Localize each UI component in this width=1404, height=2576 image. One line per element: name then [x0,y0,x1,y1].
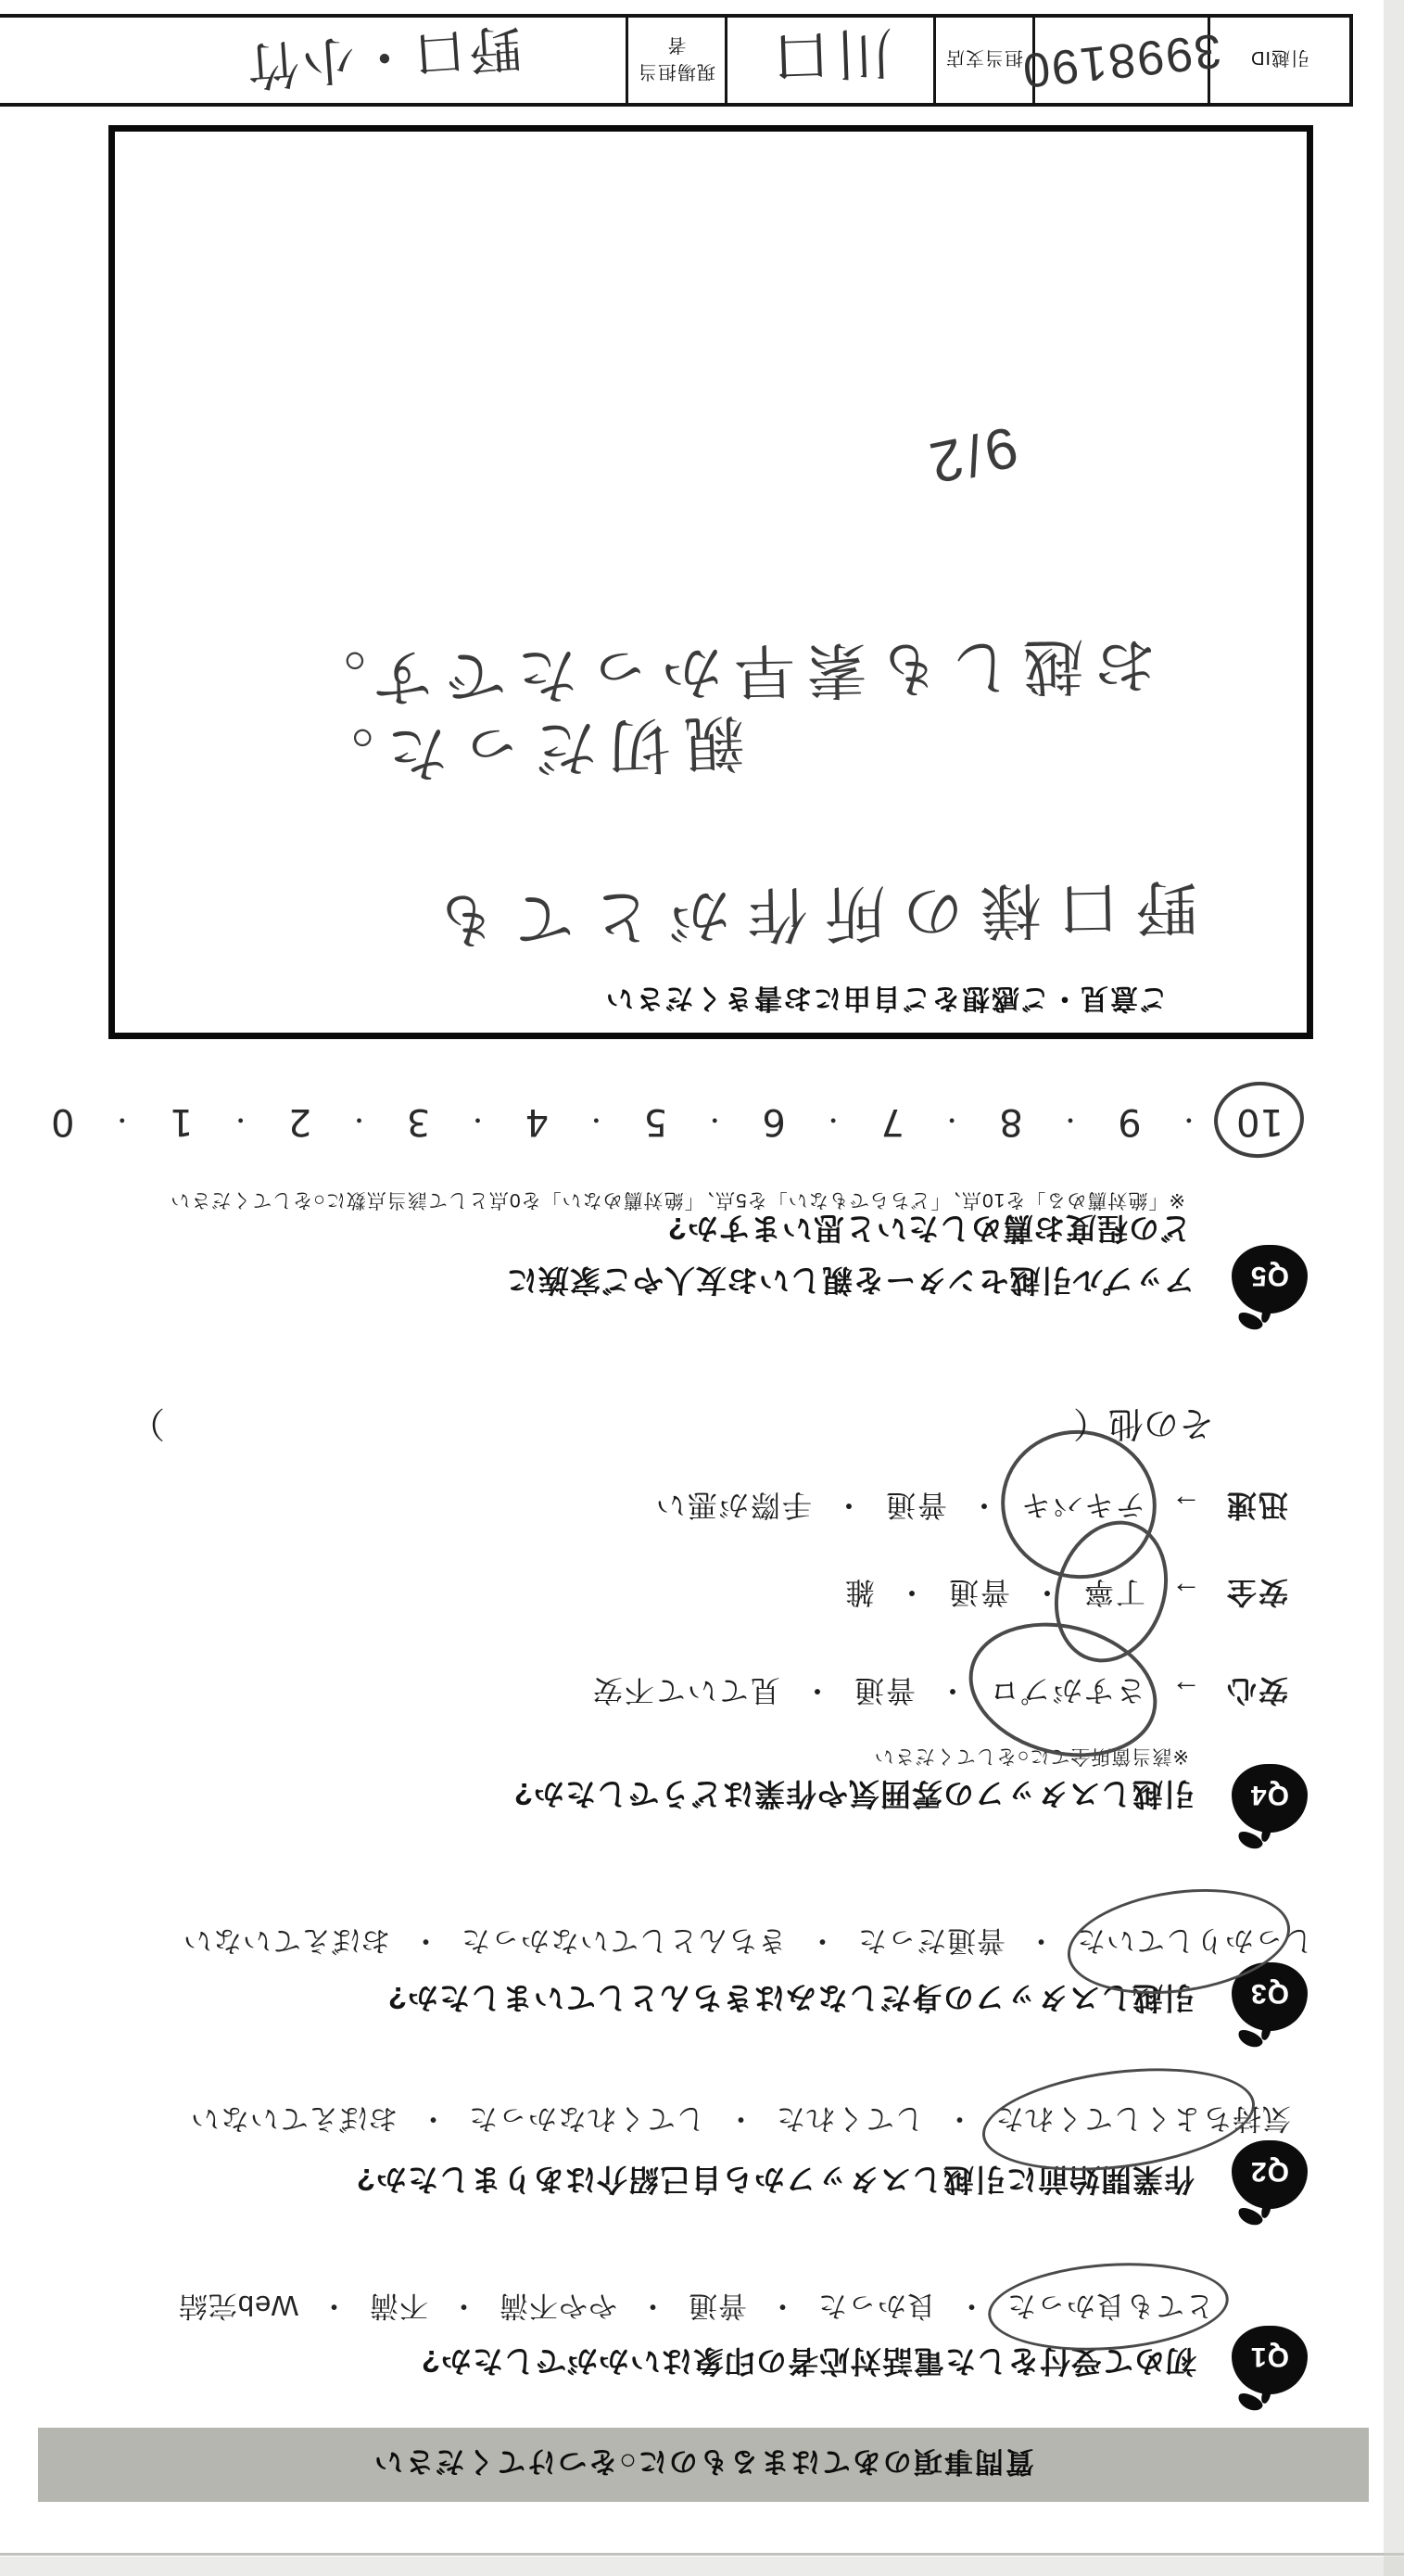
scale-value: 8 [999,1100,1022,1143]
staff-label-cell: 現場担当者 [628,18,727,103]
branch-label: 担当支店 [945,47,1023,74]
q5-note: ※「絶対薦める」を10点、「どちらでもない」を5点、「絶対薦めない」を0点として… [170,1187,1185,1215]
q3-title: 引越しスタッフの身だしなみはきちんとしていましたか? [387,1978,1195,2022]
q2-option-circled: 気持ちよくしてくれた [994,2100,1291,2142]
q2-title: 作業開始前に引越しスタッフから自己紹介はありましたか? [356,2160,1195,2203]
q4-row-label: 安全 [1225,1576,1288,1609]
q1-option: 不満 [369,2290,428,2322]
q4-option-circled: さすがプロ [988,1671,1145,1714]
scale-separator: ・ [229,1105,253,1139]
q1-option: やや不満 [499,2290,617,2322]
q4-row-label: 迅速 [1225,1489,1288,1522]
q3-option: きちんとしていなかった [461,1924,787,1957]
apple-leaf-icon [1235,2205,1265,2229]
q4-option: 見ていて不安 [591,1674,780,1707]
arrow-icon: → [1170,1674,1201,1707]
q1-option: 良かった [817,2290,936,2322]
scale-separator: ・ [702,1105,727,1139]
q4-option: 普通 [853,1674,916,1707]
comment-box: ご意見・ご感想をご自由にお書きください 野口様の所作がとても 親切だった。 お越… [108,125,1313,1039]
q1-icon-label: Q1 [1232,2341,1308,2372]
q2-icon-label: Q2 [1232,2155,1308,2187]
option-separator: ・ [449,2290,478,2322]
scale-value: 6 [762,1100,785,1143]
scale-separator: ・ [465,1105,489,1139]
q4-row-anzen: 安全→丁寧・普通・雑 [843,1573,1288,1616]
q5-title-line2: どの程度お薦めしたいと思いますか? [667,1209,1191,1252]
handwritten-comment-line1: 野口様の所作がとても [418,869,1198,971]
q5-title-line1: アップル引越センターを親しいお友人やご家族に [506,1261,1195,1304]
staff-handwritten-value: 野口・小竹 [242,14,525,108]
move-id-handwritten-value: 3998190 [1018,22,1224,98]
staff-label: 現場担当者 [628,33,725,87]
scan-page-edge-line [0,2553,1404,2556]
scale-value-10-circled: 10 [1236,1100,1284,1143]
q4-icon-label: Q4 [1232,1779,1308,1810]
q4-row-label: 安心 [1225,1674,1288,1707]
q4-apple-icon: Q4 [1232,1764,1308,1846]
scale-value: 9 [1118,1100,1141,1143]
q4-other-close: ） [130,1403,165,1442]
q4-option-circled: テキパキ [1019,1486,1145,1529]
scan-edge-shadow-bottom [0,2557,1404,2576]
option-separator: ・ [895,1576,927,1609]
scale-separator: ・ [1058,1105,1082,1139]
q2-options: 気持ちよくしてくれた・してくれた・してくれなかった・おぼえていない [190,2100,1291,2142]
arrow-icon: → [1170,1576,1201,1609]
q5-apple-icon: Q5 [1232,1245,1308,1326]
staff-value-cell: 野口・小竹 [0,18,628,103]
q3-option: おぼえていない [183,1924,390,1957]
option-separator: ・ [801,1674,832,1707]
option-separator: ・ [956,2290,986,2322]
scale-value: 2 [288,1100,311,1143]
option-separator: ・ [411,1924,440,1957]
q4-option: 普通 [884,1489,947,1522]
branch-value-cell: 川口 [727,18,936,103]
move-id-value-cell: 3998190 [1035,18,1210,103]
scale-value: 5 [644,1100,667,1143]
option-separator: ・ [638,2290,667,2322]
q4-option: 手際が悪い [654,1489,812,1522]
q4-other-label: その他（ [1073,1403,1214,1442]
scale-value: 4 [525,1100,549,1143]
option-separator: ・ [726,2102,755,2135]
q2-option: おぼえていない [190,2102,398,2135]
scan-edge-shadow-right [1384,0,1404,2576]
option-separator: ・ [418,2102,448,2135]
q1-title: 初めて受付をした電話対応者の印象はいかがでしたか? [421,2341,1196,2385]
scale-separator: ・ [348,1105,372,1139]
q2-option: してくれた [776,2102,924,2135]
q4-other-field: その他（） [130,1402,1214,1453]
scale-value: 0 [51,1100,74,1143]
arrow-icon: → [1170,1489,1201,1522]
q5-icon-label: Q5 [1232,1260,1308,1291]
handwritten-comment-line3: お越しも素早かったです。 [294,626,1157,729]
option-separator: ・ [319,2290,348,2322]
option-separator: ・ [944,2102,974,2135]
q4-note: ※該当箇所全てに○をしてください [874,1744,1189,1771]
q2-apple-icon: Q2 [1232,2140,1308,2222]
comment-heading: ご意見・ご感想をご自由にお書きください [604,981,1168,1022]
handwritten-date-mark: 9/2 [920,413,1023,497]
q4-option: 普通 [947,1576,1010,1609]
q2-option: してくれなかった [468,2102,705,2135]
nps-scale: 10 ・ 9 ・ 8 ・ 7 ・ 6 ・ 5 ・ 4 ・ 3 ・ 2 ・ 1 ・… [51,1100,1284,1143]
q4-option-circled: 丁寧 [1082,1573,1145,1616]
q3-option: 普通だった [857,1924,1006,1957]
apple-leaf-icon [1235,2027,1265,2051]
move-id-table: 引越ID 3998190 担当支店 川口 現場担当者 野口・小竹 [0,14,1353,107]
move-id-label-cell: 引越ID [1210,18,1349,103]
q3-icon-label: Q3 [1232,1977,1308,2009]
q1-options: とても良かった・良かった・普通・やや不満・不満・Web完結 [178,2288,1214,2329]
option-separator: ・ [936,1674,968,1707]
apple-leaf-icon [1235,2391,1265,2415]
scale-value: 7 [880,1100,904,1143]
q4-title: 引越しスタッフの雰囲気や作業はどうでしたか? [513,1774,1195,1818]
option-separator: ・ [767,2290,797,2322]
q1-option: Web完結 [178,2290,298,2322]
branch-handwritten-value: 川口 [765,17,894,104]
scale-value: 3 [407,1100,430,1143]
scale-value: 1 [170,1100,193,1143]
move-id-label: 引越ID [1250,47,1309,74]
q1-option: 普通 [688,2290,747,2322]
q3-option-circled: しっかりしていた [1076,1922,1313,1964]
q3-options: しっかりしていた・普通だった・きちんとしていなかった・おぼえていない [183,1922,1313,1964]
q4-row-jinsoku: 迅速→テキパキ・普通・手際が悪い [654,1486,1288,1529]
questionnaire-instruction-bar: 質問事項のあてはまるものに○をつけてください [38,2428,1369,2502]
scale-separator: ・ [1177,1105,1201,1139]
option-separator: ・ [807,1924,837,1957]
option-separator: ・ [968,1489,999,1522]
apple-leaf-icon [1235,1829,1265,1853]
scanned-survey-sheet: 質問事項のあてはまるものに○をつけてください Q1 初めて受付をした電話対応者の… [0,0,1404,2576]
scale-separator: ・ [821,1105,845,1139]
questionnaire-instruction-text: 質問事項のあてはまるものに○をつけてください [373,2444,1034,2486]
q4-row-anshin: 安心→さすがプロ・普通・見ていて不安 [591,1671,1288,1714]
q3-apple-icon: Q3 [1232,1962,1308,2044]
scale-separator: ・ [584,1105,608,1139]
q4-option: 雑 [843,1576,875,1609]
q1-apple-icon: Q1 [1232,2326,1308,2407]
option-separator: ・ [1026,1924,1056,1957]
scale-separator: ・ [940,1105,964,1139]
scale-separator: ・ [110,1105,134,1139]
q1-option-circled: とても良かった [1006,2288,1214,2329]
apple-leaf-icon [1235,1310,1265,1334]
option-separator: ・ [832,1489,864,1522]
option-separator: ・ [1031,1576,1062,1609]
